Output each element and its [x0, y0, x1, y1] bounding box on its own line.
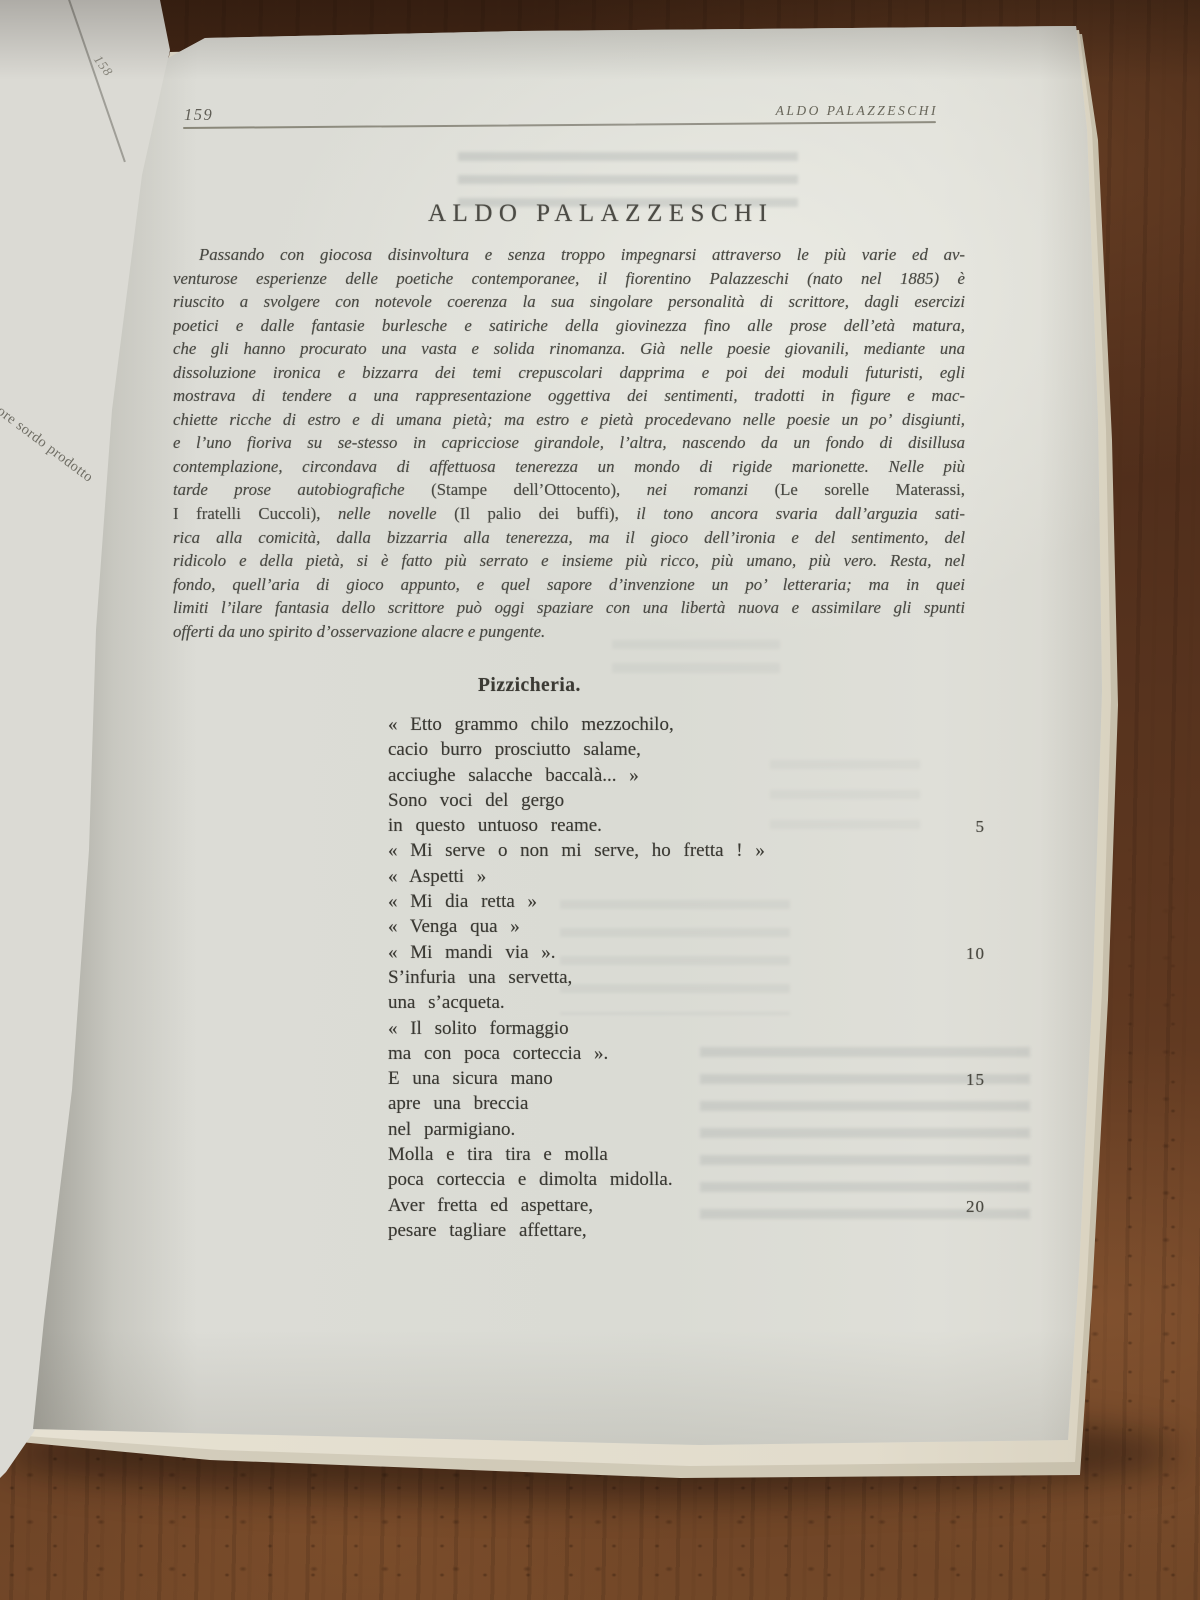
poem-line-text: cacio burro prosciutto salame,	[388, 739, 641, 760]
poem-line: « Il solito formaggio	[388, 1016, 985, 1041]
intro-text: venturose esperienze delle poetiche cont…	[173, 269, 965, 288]
poem-line: « Mi mandi via ».10	[388, 940, 985, 965]
poem-line-text: Aver fretta ed aspettare,	[388, 1195, 593, 1216]
poem-line-text: pesare tagliare affettare,	[388, 1220, 587, 1241]
intro-line: offerti da uno spirito d’osservazione al…	[173, 620, 965, 644]
intro-text: chiette ricche di estro e di umana pietà…	[173, 410, 965, 429]
poem-line-text: « Aspetti »	[388, 866, 486, 887]
intro-paragraph: Passando con giocosa disinvoltura e senz…	[173, 243, 965, 643]
intro-text: ridicolo e della pietà, si è fatto più s…	[173, 551, 965, 570]
poem-line-text: apre una breccia	[388, 1093, 528, 1114]
intro-text: fondo, quell’aria di gioco appunto, e qu…	[173, 575, 965, 594]
intro-line: I fratelli Cuccoli), nelle novelle (Il p…	[173, 502, 965, 526]
intro-line: e l’uno fioriva su se-stesso in capricci…	[173, 431, 965, 455]
header-rule	[183, 121, 936, 129]
poem-line: Sono voci del gergo	[388, 788, 985, 813]
poem-line: acciughe salacche baccalà... »	[388, 763, 985, 788]
book-title-roman: I fratelli Cuccoli),	[173, 504, 320, 523]
book-title-roman: (Stampe dell’Ottocento)	[431, 480, 616, 499]
verso-text-fragment: more sordo prodotto	[0, 396, 96, 487]
intro-text: che gli hanno procurato una vasta e soli…	[173, 339, 965, 358]
intro-line: tarde prose autobiografiche (Stampe dell…	[173, 478, 965, 502]
verse-line-number: 5	[976, 814, 986, 839]
poem-line: ma con poca corteccia ».	[388, 1041, 985, 1066]
intro-text: nelle novelle	[320, 504, 454, 523]
intro-line: venturose esperienze delle poetiche cont…	[173, 267, 965, 291]
intro-text: rica alla comicità, dalla bizzarria alla…	[173, 528, 965, 547]
poem-body: « Etto grammo chilo mezzochilo,cacio bur…	[388, 712, 985, 1243]
poem-line-text: « Etto grammo chilo mezzochilo,	[388, 714, 674, 735]
intro-text: limiti l’ilare fantasia dello scrittore …	[173, 598, 965, 617]
poem-line-text: una s’acqueta.	[388, 992, 505, 1013]
intro-line: mostrava di tendere a una rappresentazio…	[173, 384, 965, 408]
poem-line-text: nel parmigiano.	[388, 1119, 515, 1140]
intro-text: Passando con giocosa disinvoltura e senz…	[199, 245, 965, 264]
poem-line-text: acciughe salacche baccalà... »	[388, 765, 639, 786]
intro-line: dissoluzione ironica e bizzarra dei temi…	[173, 361, 965, 385]
verse-line-number: 20	[966, 1194, 985, 1219]
intro-text: riuscito a svolgere con notevole coerenz…	[173, 292, 965, 311]
intro-line: riuscito a svolgere con notevole coerenz…	[173, 290, 965, 314]
intro-text: e l’uno fioriva su se-stesso in capricci…	[173, 433, 965, 452]
intro-text: dissoluzione ironica e bizzarra dei temi…	[173, 363, 965, 382]
verso-crease-line	[66, 0, 126, 162]
poem-line-text: E una sicura mano	[388, 1068, 553, 1089]
page-number: 159	[184, 105, 213, 125]
verse-line-number: 10	[966, 941, 985, 966]
book-title-roman: (Le sorelle Materassi,	[775, 480, 965, 499]
running-head: ALDO PALAZZESCHI	[640, 103, 938, 119]
poem-line: cacio burro prosciutto salame,	[388, 737, 985, 762]
page-bottom-shadow	[0, 1330, 1200, 1450]
poem-line: « Mi serve o non mi serve, ho fretta ! »	[388, 838, 985, 863]
poem-line: « Etto grammo chilo mezzochilo,	[388, 712, 985, 737]
intro-text: poetici e dalle fantasie burlesche e sat…	[173, 316, 965, 335]
intro-text: offerti da uno spirito d’osservazione al…	[173, 622, 545, 641]
intro-line: ridicolo e della pietà, si è fatto più s…	[173, 549, 965, 573]
poem-line: in questo untuoso reame.5	[388, 813, 985, 838]
intro-text: il tono ancora svaria dall’arguzia sati-	[619, 504, 965, 523]
verse-line-number: 15	[966, 1067, 985, 1092]
poem-line: Molla e tira tira e molla	[388, 1142, 985, 1167]
intro-line: limiti l’ilare fantasia dello scrittore …	[173, 596, 965, 620]
poem-line-text: in questo untuoso reame.	[388, 815, 602, 836]
poem-line-text: « Mi dia retta »	[388, 891, 537, 912]
book-title-roman: (Il palio dei buffi),	[454, 504, 619, 523]
poem-line-text: poca corteccia e dimolta midolla.	[388, 1169, 673, 1190]
bleedthrough-text-mid	[612, 640, 780, 680]
poem-line: Aver fretta ed aspettare,20	[388, 1193, 985, 1218]
intro-line: Passando con giocosa disinvoltura e senz…	[173, 243, 965, 267]
intro-line: poetici e dalle fantasie burlesche e sat…	[173, 314, 965, 338]
poem-line-text: « Mi serve o non mi serve, ho fretta ! »	[388, 840, 765, 861]
poem-line-text: S’infuria una servetta,	[388, 967, 572, 988]
intro-text: mostrava di tendere a una rappresentazio…	[173, 386, 965, 405]
intro-line: rica alla comicità, dalla bizzarria alla…	[173, 526, 965, 550]
intro-text: tarde prose autobiografiche	[173, 480, 431, 499]
intro-line: che gli hanno procurato una vasta e soli…	[173, 337, 965, 361]
poem-line-text: Sono voci del gergo	[388, 790, 564, 811]
poem-line: apre una breccia	[388, 1091, 985, 1116]
intro-line: contemplazione, circondava di affettuosa…	[173, 455, 965, 479]
intro-line: fondo, quell’aria di gioco appunto, e qu…	[173, 573, 965, 597]
poem-line: « Venga qua »	[388, 914, 985, 939]
intro-text: contemplazione, circondava di affettuosa…	[173, 457, 965, 476]
poem-line: poca corteccia e dimolta midolla.	[388, 1167, 985, 1192]
poem-line-text: ma con poca corteccia ».	[388, 1043, 608, 1064]
intro-text: , nei romanzi	[616, 480, 775, 499]
book-photo: 158 more sordo prodotto 159 ALDO PALAZZE…	[0, 0, 1200, 1600]
right-page-recto: 159 ALDO PALAZZESCHI ALDO PALAZZESCHI Pa…	[0, 0, 1200, 1600]
poem-line: E una sicura mano15	[388, 1066, 985, 1091]
chapter-title: ALDO PALAZZESCHI	[428, 200, 773, 228]
poem-line-text: « Mi mandi via ».	[388, 942, 556, 963]
poem-line: nel parmigiano.	[388, 1117, 985, 1142]
poem-title: Pizzicheria.	[478, 675, 581, 697]
poem-line-text: « Il solito formaggio	[388, 1018, 569, 1039]
poem-line-text: Molla e tira tira e molla	[388, 1144, 608, 1165]
poem-line: una s’acqueta.	[388, 990, 985, 1015]
poem-line: « Aspetti »	[388, 864, 985, 889]
poem-line-text: « Venga qua »	[388, 916, 520, 937]
poem-line: « Mi dia retta »	[388, 889, 985, 914]
poem-line: pesare tagliare affettare,	[388, 1218, 985, 1243]
poem-line: S’infuria una servetta,	[388, 965, 985, 990]
intro-line: chiette ricche di estro e di umana pietà…	[173, 408, 965, 432]
